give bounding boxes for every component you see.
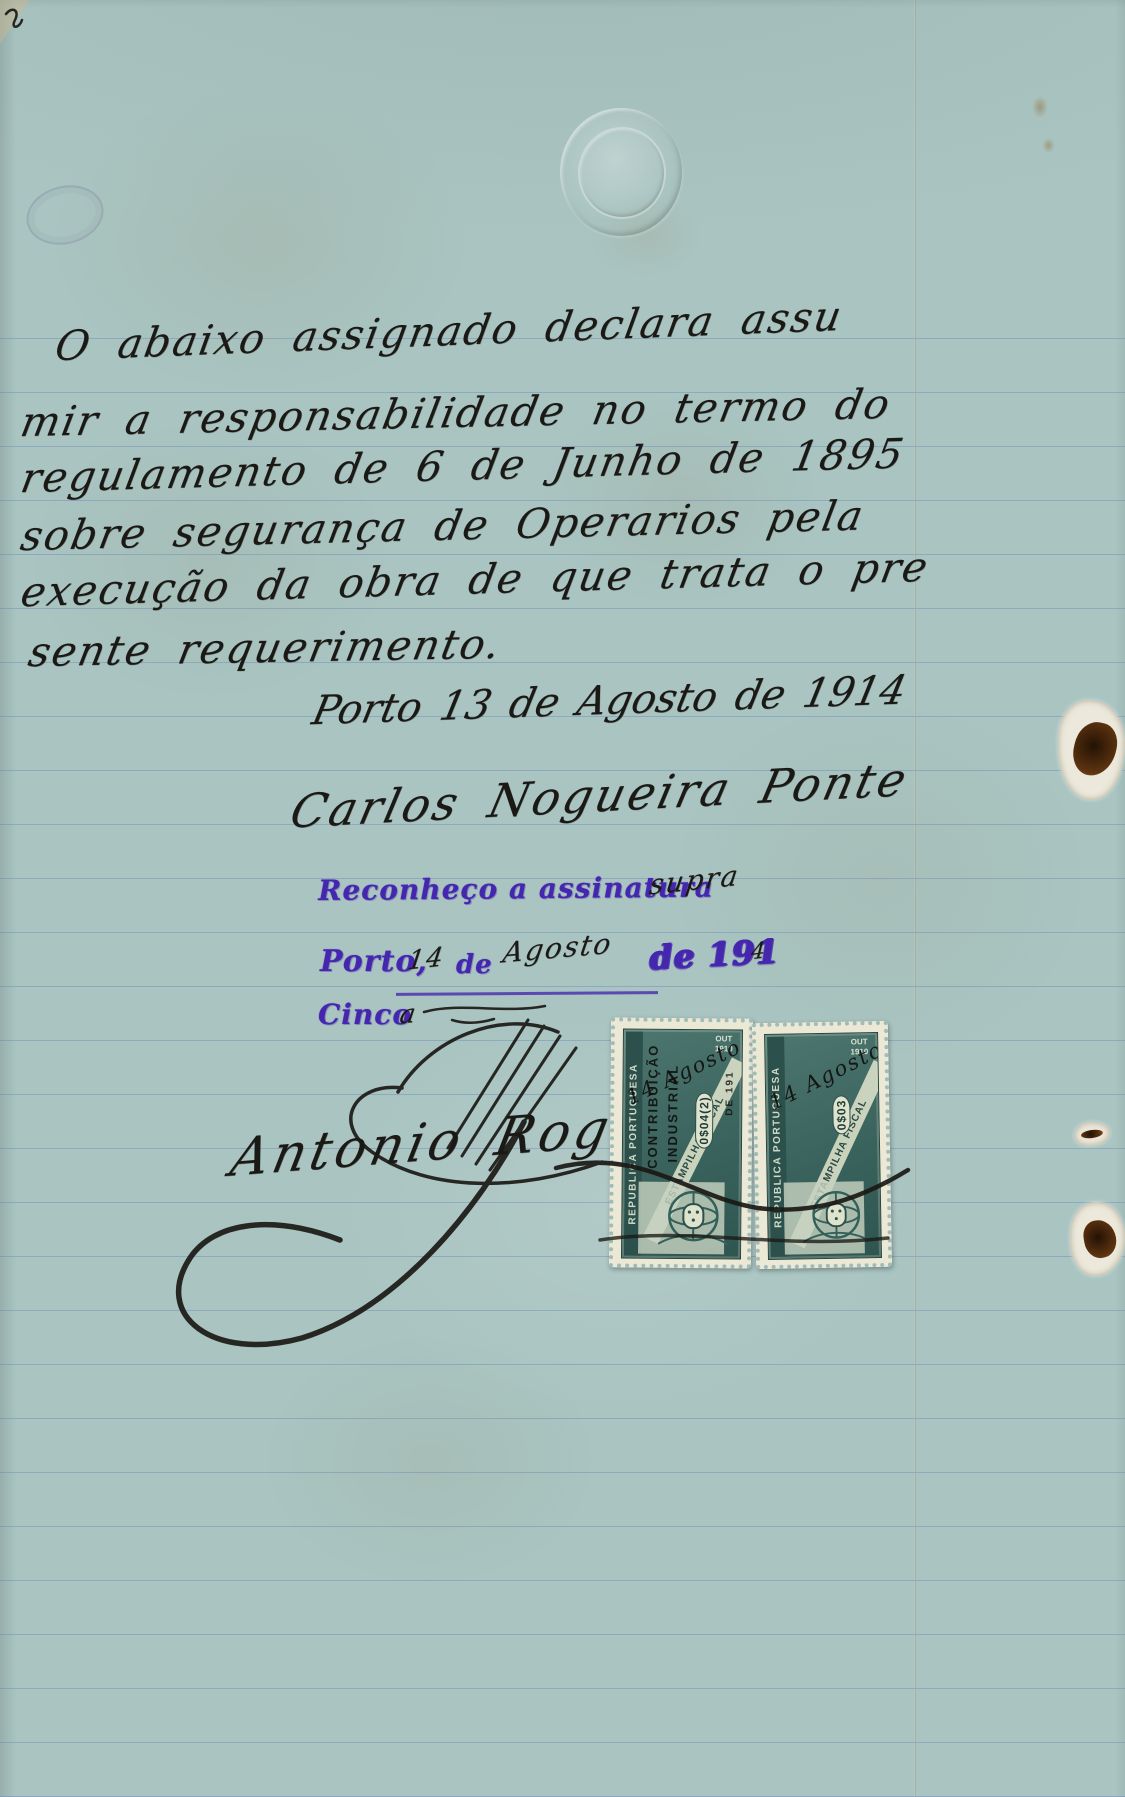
stamp-emblem-panel [784,1181,865,1254]
fiscal-stamp-contribuicao-industrial: REPUBLICA PORTUGUESA OUT 1910 ESTAMPILHA… [609,1017,753,1268]
stamp-cancel-date: DE 191 [724,1070,735,1115]
fiscal-stamp-estampilha: REPUBLICA PORTUGUESA OUT 1910 ESTAMPILHA… [752,1021,892,1269]
stamp-value-plaque: 0$03 [832,1096,851,1135]
paper-hole-lower [1070,1202,1125,1276]
document-scan-page: O abaixo assignado declara assu mir a re… [0,0,1125,1797]
declaration-line-6: sente requerimento. [25,620,506,676]
paper-stain-speck [1032,96,1048,118]
notary-de-label: de [456,950,493,980]
embossed-notary-seal [560,108,682,236]
fiscal-stamp-1-design: REPUBLICA PORTUGUESA OUT 1910 ESTAMPILHA… [621,1028,743,1259]
embossed-seal-inner-ring [578,127,666,219]
stamp-overprint-word-1: CONTRIBUIÇÃO [645,1044,661,1169]
armillary-sphere-emblem [638,1182,743,1255]
top-left-paper-edge [0,0,30,44]
notary-day-handwritten: 14 [406,942,447,976]
paper-tear-small [1074,1122,1110,1146]
stamp-value-plaque: 0$04(2) [695,1092,713,1149]
armillary-sphere-emblem [784,1181,882,1253]
stamp-emblem-panel [638,1182,725,1255]
notary-year-digit: 4 [750,938,768,966]
right-margin-crease [914,0,917,1797]
paper-hole-large [1058,700,1125,800]
paper-stain-speck [1042,138,1055,153]
fiscal-stamp-2-design: REPUBLICA PORTUGUESA OUT 1910 ESTAMPILHA… [764,1032,882,1260]
faint-round-stamp [20,177,110,252]
